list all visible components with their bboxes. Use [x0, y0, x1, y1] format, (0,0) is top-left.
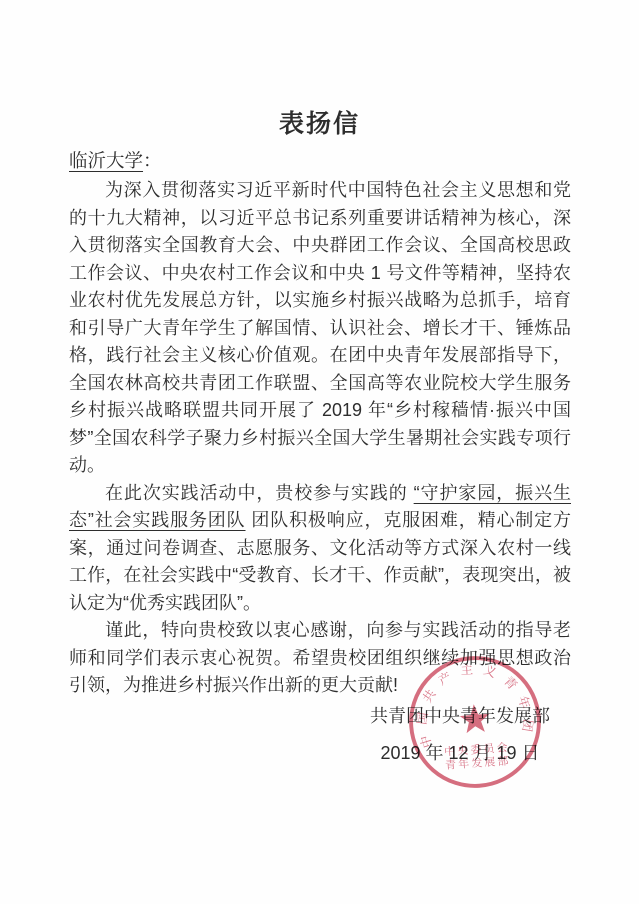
recipient-name: 临沂大学	[69, 150, 143, 171]
signature-org: 共青团中央青年发展部	[355, 704, 565, 728]
salutation: 临沂大学：	[69, 147, 162, 173]
signature-date: 2019 年 12 月 19 日	[355, 741, 565, 765]
commendation-letter-page: 表扬信 临沂大学： 为深入贯彻落实习近平新时代中国特色社会主义思想和党的十九大精…	[0, 0, 639, 904]
paragraph-2-text-lead: 在此次实践活动中，贵校参与实践的	[105, 483, 414, 503]
letter-title: 表扬信	[0, 104, 639, 140]
paragraph-1-text: 为深入贯彻落实习近平新时代中国特色社会主义思想和党的十九大精神，以习近平总书记系…	[69, 180, 571, 475]
letter-body: 为深入贯彻落实习近平新时代中国特色社会主义思想和党的十九大精神，以习近平总书记系…	[69, 177, 571, 700]
paragraph-1: 为深入贯彻落实习近平新时代中国特色社会主义思想和党的十九大精神，以习近平总书记系…	[69, 177, 571, 480]
signature-block: 共青团中央青年发展部 2019 年 12 月 19 日	[355, 704, 565, 765]
paragraph-3-text: 谨此，特向贵校致以衷心感谢，向参与实践活动的指导老师和同学们表示衷心祝贺。希望贵…	[69, 620, 571, 695]
paragraph-2: 在此次实践活动中，贵校参与实践的 “守护家园，振兴生态”社会实践服务团队 团队积…	[69, 480, 571, 618]
paragraph-3: 谨此，特向贵校致以衷心感谢，向参与实践活动的指导老师和同学们表示衷心祝贺。希望贵…	[69, 617, 571, 700]
salutation-colon: ：	[143, 150, 162, 171]
